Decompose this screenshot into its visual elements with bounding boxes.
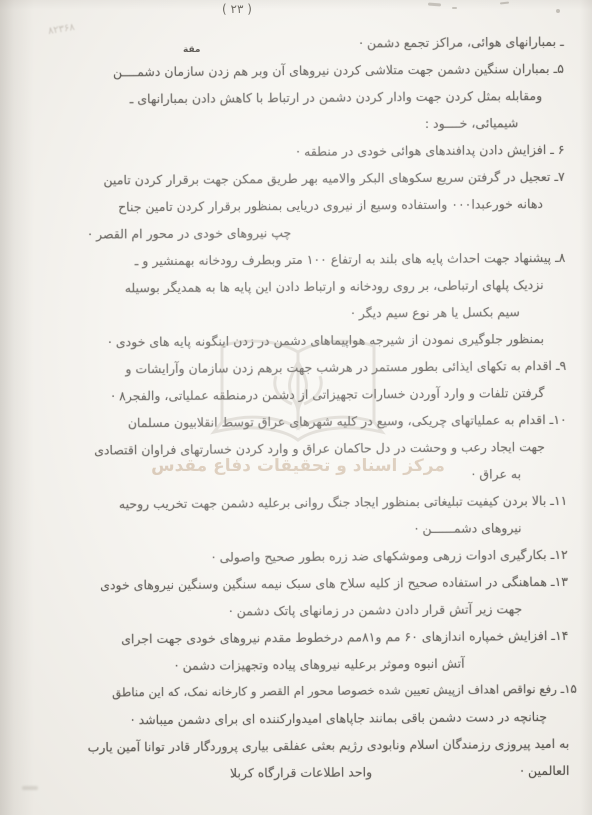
signature-unit: واحد اطلاعات قرارگاه کربلا — [230, 758, 372, 786]
ink-mark: مقة — [183, 45, 201, 55]
scan-speck — [556, 9, 560, 13]
scanned-document-page: ( ۲۳ ) ۸۲۳۶۸ مقة مرکز اسناد و تحقیقات دف… — [0, 0, 592, 815]
scan-speck — [500, 2, 509, 5]
scan-speck — [452, 7, 457, 9]
page-number: ( ۲۳ ) — [222, 2, 252, 16]
document-text: ـ بمبارانهای هوائی، مراکز تجمع دشمن · ۵ـ… — [0, 28, 592, 789]
closing-word: العالمین · — [520, 757, 570, 784]
doc-line: دهانه خورعبدا۰۰۰ واستفاده وسیع از نیروی … — [0, 190, 591, 222]
doc-line: ۱۴ـ افزایش خمپاره اندازهای ۶۰ مم و۸۱مم د… — [2, 622, 592, 654]
scan-speck — [428, 3, 441, 7]
signature-line: العالمین · واحد اطلاعات قرارگاه کربلا — [3, 757, 592, 789]
doc-line: به امید پیروزی رزمندگان اسلام ونابودی رژ… — [3, 730, 592, 762]
